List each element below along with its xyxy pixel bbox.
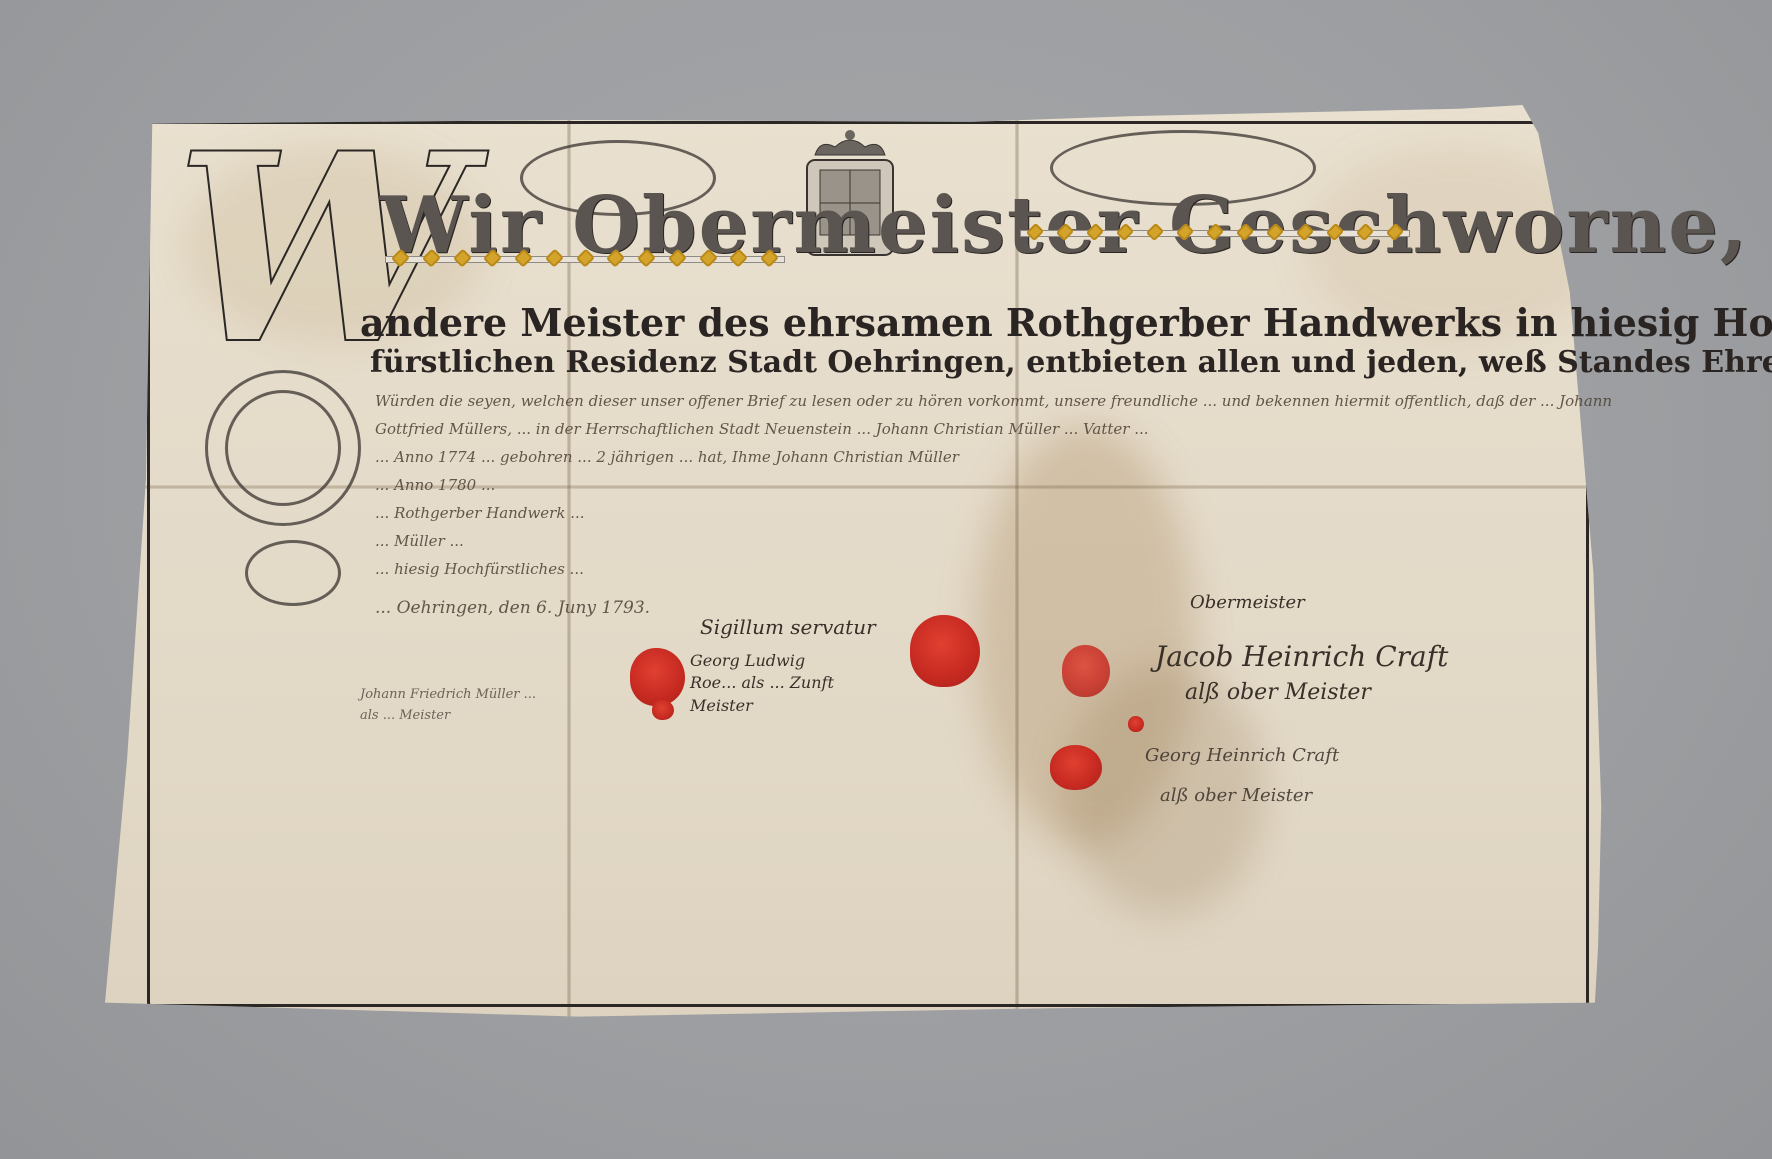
gold-rosette-band	[385, 248, 785, 268]
signature-bottom-left: Johann Friedrich Müller ... als ... Meis…	[360, 685, 540, 727]
signature-georg-heinrich-craft: Georg Heinrich Craft	[1145, 745, 1339, 766]
calligraphic-flourish	[245, 540, 341, 606]
signature-role: alß ober Meister	[1185, 680, 1371, 705]
heading-line-2: andere Meister des ehrsamen Rothgerber H…	[360, 300, 1772, 345]
red-wax-seal	[910, 615, 980, 687]
body-text-line: ... Anno 1774 ... gebohren ... 2 jährige…	[375, 448, 959, 466]
red-wax-seal	[652, 700, 674, 720]
red-wax-seal	[1062, 645, 1110, 697]
body-text-line: ... Anno 1780 ...	[375, 476, 495, 494]
signature-jacob-heinrich-craft: Jacob Heinrich Craft	[1155, 640, 1448, 673]
signature-role: alß ober Meister	[1160, 785, 1312, 806]
body-text-line: Gottfried Müllers, ... in der Herrschaft…	[375, 420, 1149, 438]
gold-rosette-band	[1020, 222, 1410, 242]
red-wax-seal	[1050, 745, 1102, 790]
red-wax-seal	[1128, 716, 1144, 732]
body-text-line: ... hiesig Hochfürstliches ...	[375, 560, 584, 578]
body-text-line: ... Rothgerber Handwerk ...	[375, 504, 585, 522]
sigillum-note: Sigillum servatur	[700, 615, 876, 639]
signature-left: Georg Ludwig Roe... als ... Zunft Meiste…	[690, 650, 840, 717]
red-wax-seal	[630, 648, 685, 706]
calligraphic-flourish	[225, 390, 341, 506]
obermeister-label: Obermeister	[1190, 592, 1305, 613]
body-text-line: ... Müller ...	[375, 532, 464, 550]
body-text-line: Würden die seyen, welchen dieser unser o…	[375, 392, 1612, 410]
place-date-line: ... Oehringen, den 6. Juny 1793.	[375, 598, 650, 618]
heading-line-3: fürstlichen Residenz Stadt Oehringen, en…	[370, 345, 1772, 380]
